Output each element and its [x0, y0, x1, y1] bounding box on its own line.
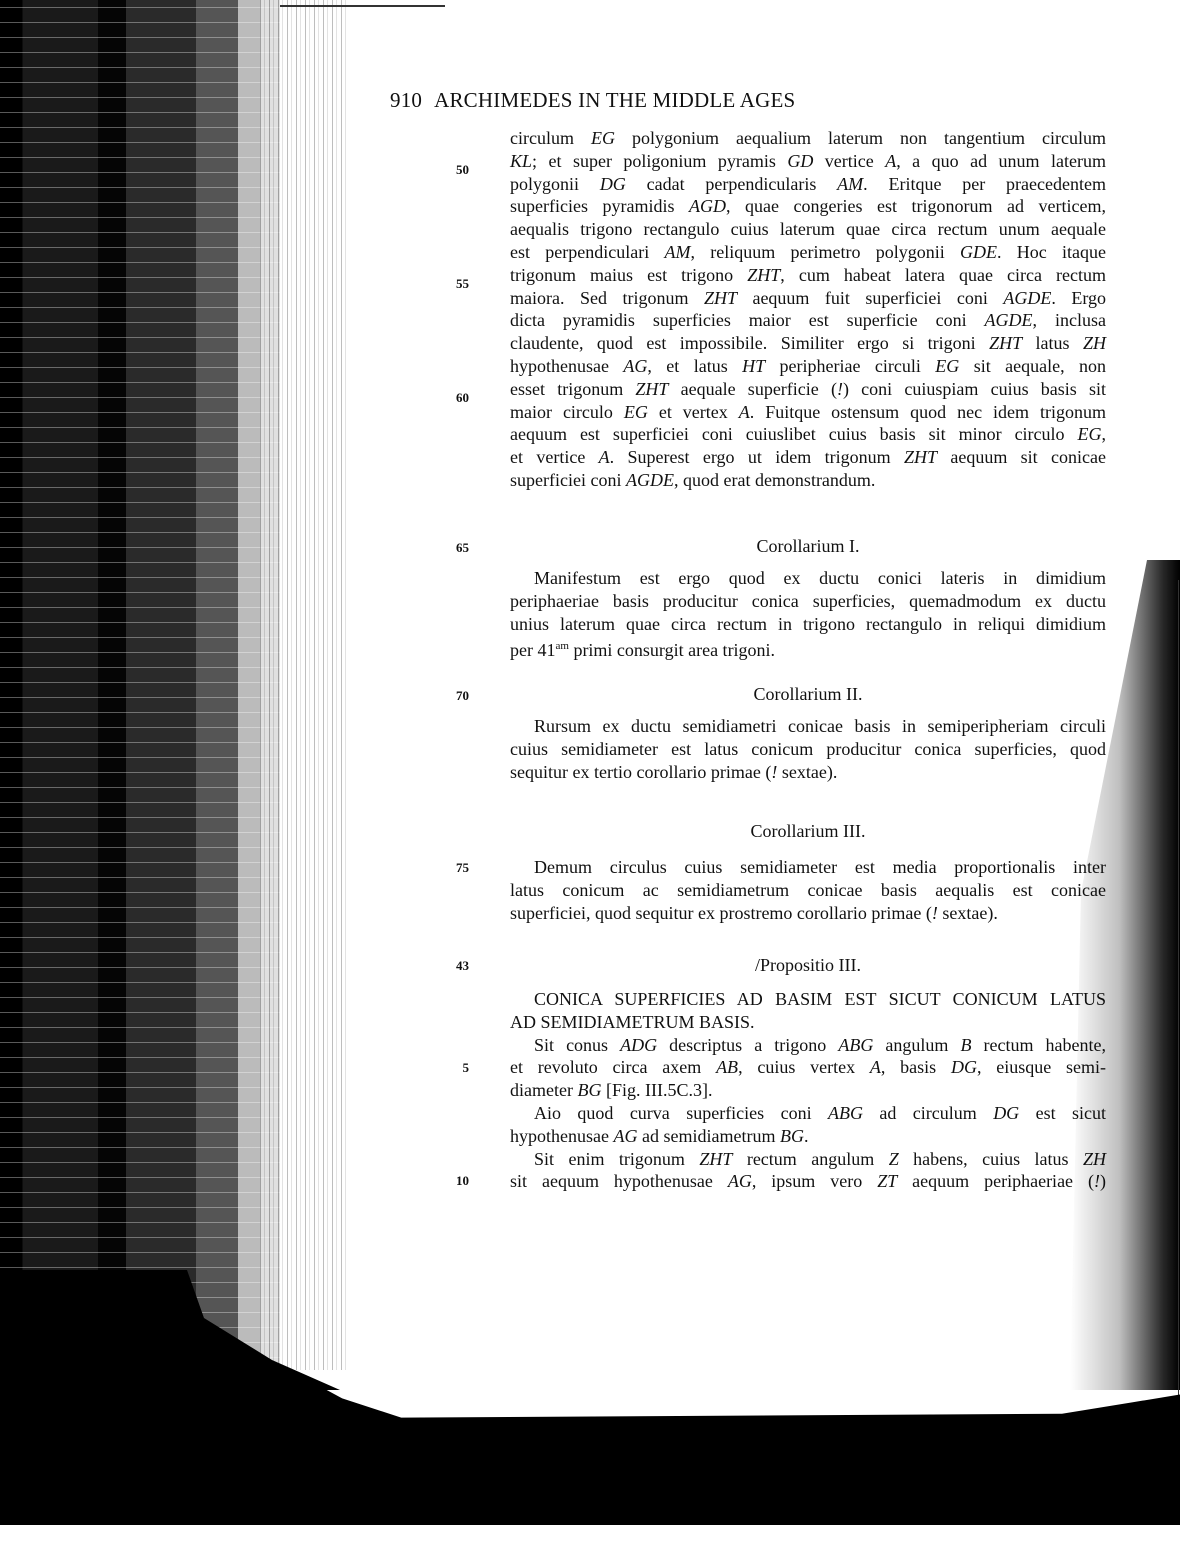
corollary-2-heading: Corollarium II. [510, 684, 1106, 705]
text-line: aequum est superficiei coni cuiuslibet c… [510, 423, 1106, 446]
text-line: polygonii DG cadat perpendicularis AM. E… [510, 173, 1106, 196]
proposition-3-text: CONICA SUPERFICIES AD BASIM EST SICUT CO… [510, 988, 1106, 1193]
corollary-3-heading: Corollarium III. [510, 821, 1106, 842]
text-line: AD SEMIDIAMETRUM BASIS. [510, 1011, 1106, 1034]
text-line: claudente, quod est impossibile. Similit… [510, 332, 1106, 355]
text-line: dicta pyramidis superficies maior est su… [510, 309, 1106, 332]
text-line: superficiei, quod sequitur ex prostremo … [510, 902, 1106, 925]
text-line: circulum EG polygonium aequalium laterum… [510, 127, 1106, 150]
scan-top-edge [280, 5, 445, 7]
text-line: aequalis trigono rectangulo cuius lateru… [510, 218, 1106, 241]
corollary-2-text: Rursum ex ductu semidiametri conicae bas… [510, 715, 1106, 783]
text-line: CONICA SUPERFICIES AD BASIM EST SICUT CO… [510, 988, 1106, 1011]
scan-bottom-shadow [0, 1360, 1180, 1552]
text-line: per 41am primi consurgit area trigoni. [510, 635, 1106, 658]
line-number: 43 [447, 958, 469, 974]
corollary-1-heading: Corollarium I. [510, 536, 1106, 557]
line-number: 50 [447, 162, 469, 178]
running-head: 910ARCHIMEDES IN THE MIDDLE AGES [390, 88, 795, 113]
line-number: 60 [447, 390, 469, 406]
line-number: 55 [447, 276, 469, 292]
page-number: 910 [390, 88, 422, 112]
text-line: maior circulo EG et vertex A. Fuitque os… [510, 401, 1106, 424]
text-line: Demum circulus cuius semidiameter est me… [510, 856, 1106, 879]
proof-paragraph: circulum EG polygonium aequalium laterum… [510, 127, 1106, 492]
text-line: et revoluto circa axem AB, cuius vertex … [510, 1056, 1106, 1079]
text-line: Manifestum est ergo quod ex ductu conici… [510, 567, 1106, 590]
text-line: sequitur ex tertio corollario primae (! … [510, 761, 1106, 784]
text-line: superficiei coni AGDE, quod erat demonst… [510, 469, 1106, 492]
scan-bottom-margin [0, 1525, 1200, 1552]
proposition-3-heading: /Propositio III. [510, 955, 1106, 976]
text-line: et vertice A. Superest ergo ut idem trig… [510, 446, 1106, 469]
book-gutter-scan-shadow [0, 0, 280, 1370]
text-line: maiora. Sed trigonum ZHT aequum fuit sup… [510, 287, 1106, 310]
line-number: 65 [447, 540, 469, 556]
text-line: Sit enim trigonum ZHT rectum angulum Z h… [510, 1148, 1106, 1171]
line-number: 75 [447, 860, 469, 876]
text-line: unius laterum quae circa rectum in trigo… [510, 613, 1106, 636]
line-number: 10 [447, 1173, 469, 1189]
text-line: est perpendiculari AM, reliquum perimetr… [510, 241, 1106, 264]
text-line: hypothenusae AG ad semidiametrum BG. [510, 1125, 1106, 1148]
text-line: trigonum maius est trigono ZHT, cum habe… [510, 264, 1106, 287]
text-line: latus conicum ac semidiametrum conicae b… [510, 879, 1106, 902]
line-number: 70 [447, 688, 469, 704]
text-line: periphaeriae basis producitur conica sup… [510, 590, 1106, 613]
corollary-3-text: Demum circulus cuius semidiameter est me… [510, 856, 1106, 924]
text-line: cuius semidiameter est latus conicum pro… [510, 738, 1106, 761]
line-number: 5 [447, 1060, 469, 1076]
text-line: diameter BG [Fig. III.5C.3]. [510, 1079, 1106, 1102]
text-line: Sit conus ADG descriptus a trigono ABG a… [510, 1034, 1106, 1057]
text-line: superficies pyramidis AGD, quae congerie… [510, 195, 1106, 218]
text-line: Aio quod curva superficies coni ABG ad c… [510, 1102, 1106, 1125]
text-line: KL; et super poligonium pyramis GD verti… [510, 150, 1106, 173]
page-stack-edges [260, 0, 350, 1370]
text-line: esset trigonum ZHT aequale superficie (!… [510, 378, 1106, 401]
text-line: hypothenusae AG, et latus HT peripheriae… [510, 355, 1106, 378]
corollary-1-text: Manifestum est ergo quod ex ductu conici… [510, 567, 1106, 658]
text-line: Rursum ex ductu semidiametri conicae bas… [510, 715, 1106, 738]
text-line: sit aequum hypothenusae AG, ipsum vero Z… [510, 1170, 1106, 1193]
running-title: ARCHIMEDES IN THE MIDDLE AGES [434, 88, 795, 112]
